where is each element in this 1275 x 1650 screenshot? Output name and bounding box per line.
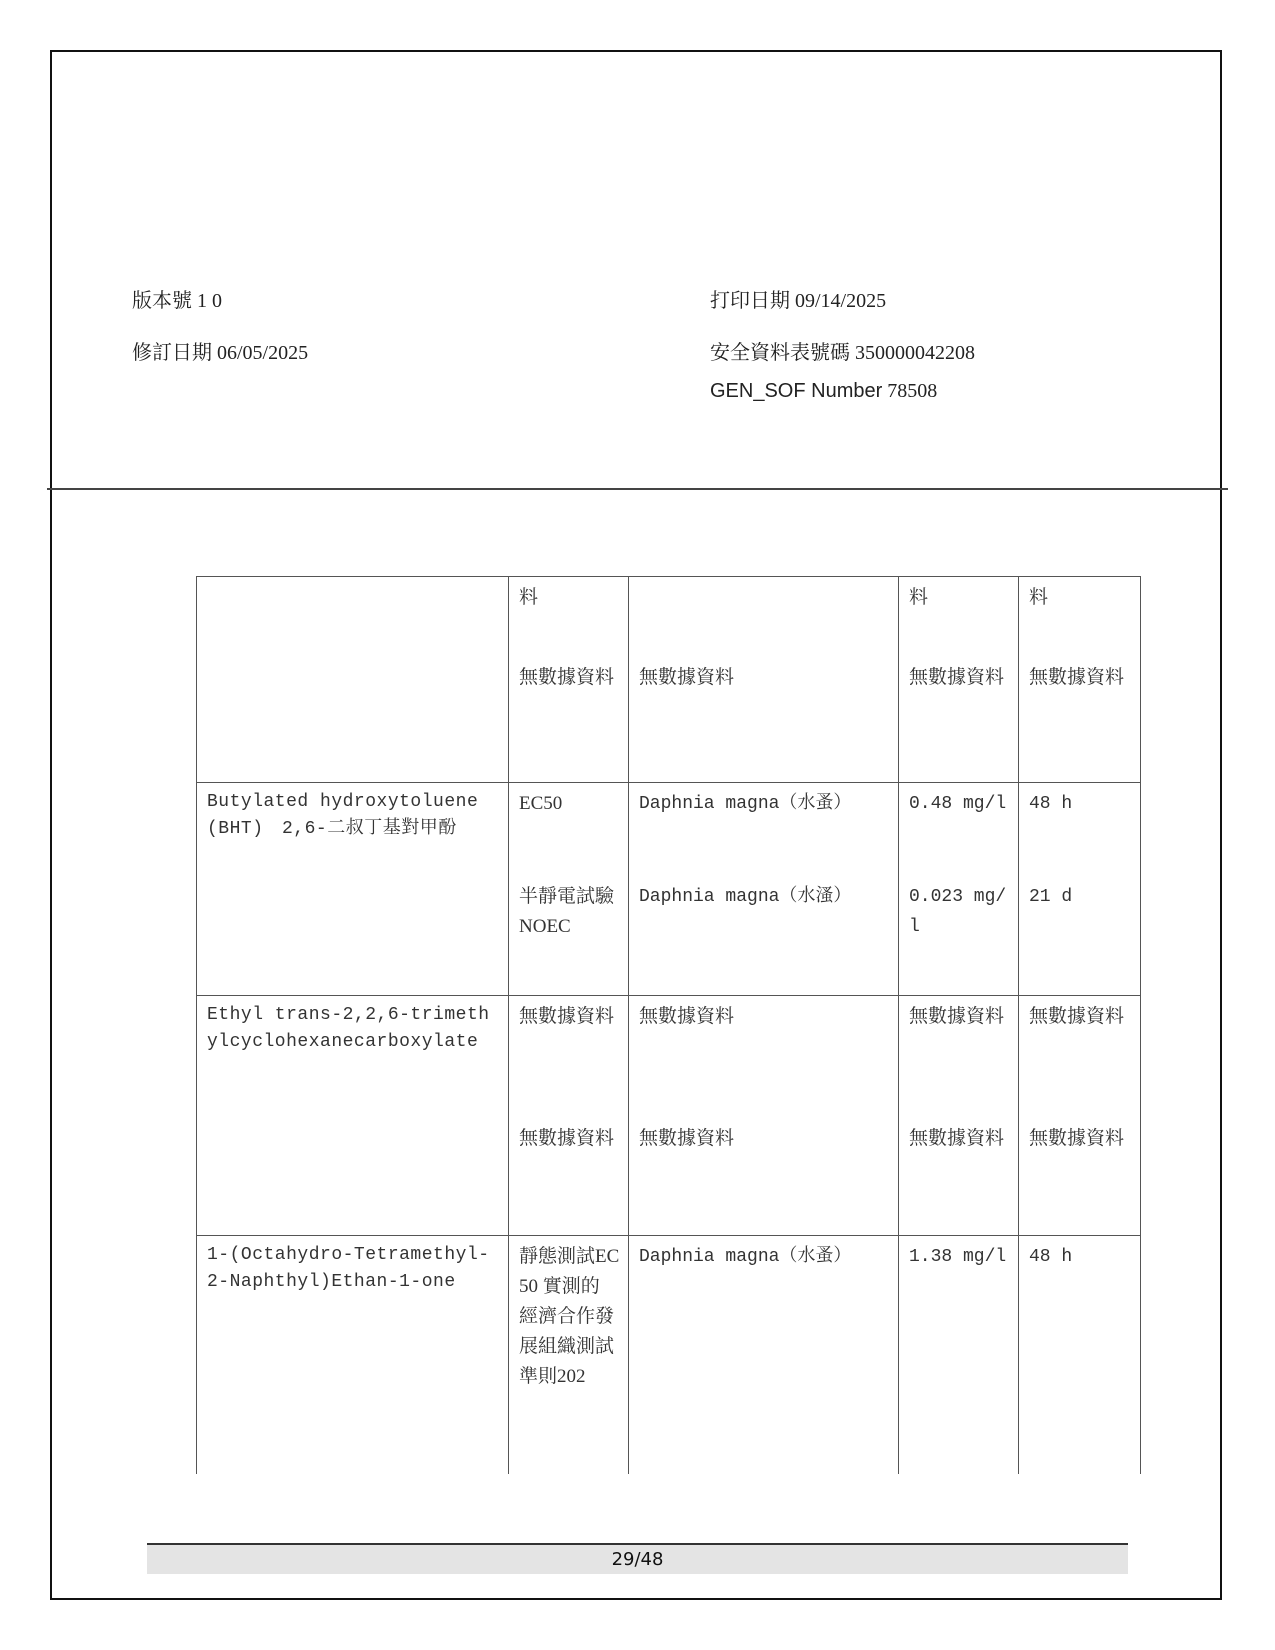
species: Daphnia magna（水溞） (629, 876, 898, 912)
value-cell: 料 無數據資料 (899, 577, 1019, 783)
duration: 48 h (1019, 783, 1140, 876)
gen-sof-label: GEN_SOF Number (710, 380, 882, 402)
species: 無數據資料 (629, 1118, 898, 1154)
test-type-cell: 無數據資料 無數據資料 (509, 996, 629, 1236)
value-cell: 1.38 mg/l (899, 1236, 1019, 1474)
value: 0.48 mg/l (899, 783, 1018, 876)
duration-cell: 48 h 21 d (1019, 783, 1141, 996)
duration: 無數據資料 (1019, 1118, 1140, 1154)
gen-sof-value: 78508 (887, 380, 937, 402)
revision-date: 修訂日期 06/05/2025 (132, 336, 308, 365)
value: 無數據資料 (899, 657, 1018, 693)
table-row: 料 無數據資料 無數據資料 料 無數據資料 料 無數據資料 (197, 577, 1141, 783)
duration: 料 (1019, 577, 1140, 657)
substance-cell: 1-(Octahydro-Tetramethyl-2-Naphthyl)Etha… (197, 1236, 509, 1474)
duration: 21 d (1019, 876, 1140, 912)
table-row: Butylated hydroxytoluene (BHT) 2,6-二叔丁基對… (197, 783, 1141, 996)
value: 無數據資料 (899, 996, 1018, 1118)
substance-cell: Ethyl trans-2,2,6-trimethylcyclohexaneca… (197, 996, 509, 1236)
test-type-cell: EC50 半靜電試驗 NOEC (509, 783, 629, 996)
substance-cell (197, 577, 509, 783)
duration-cell: 無數據資料 無數據資料 (1019, 996, 1141, 1236)
species-cell: Daphnia magna（水蚤） Daphnia magna（水溞） (629, 783, 899, 996)
species: 無數據資料 (629, 657, 898, 693)
species: 無數據資料 (629, 996, 898, 1118)
species-cell: Daphnia magna（水蚤） (629, 1236, 899, 1474)
page-footer: 29/48 (147, 1543, 1128, 1574)
test-type-cell: 料 無數據資料 (509, 577, 629, 783)
print-date: 打印日期 09/14/2025 (710, 284, 886, 313)
test-type: 無數據資料 (509, 657, 628, 693)
test-type: 半靜電試驗 NOEC (509, 876, 628, 942)
value: 料 (899, 577, 1018, 657)
species: Daphnia magna（水蚤） (629, 783, 898, 876)
duration: 無數據資料 (1019, 996, 1140, 1118)
version-number: 版本號 1 0 (132, 284, 222, 313)
sds-number: 安全資料表號碼 350000042208 (710, 336, 975, 365)
value: 1.38 mg/l (899, 1236, 1018, 1272)
species-cell: 無數據資料 (629, 577, 899, 783)
duration: 無數據資料 (1019, 657, 1140, 693)
value: 0.023 mg/l (899, 876, 1018, 942)
species: Daphnia magna（水蚤） (629, 1236, 898, 1272)
species (629, 577, 898, 657)
test-type-cell: 靜態測試EC50 實測的 經濟合作發展組織測試準則202 (509, 1236, 629, 1474)
value-cell: 0.48 mg/l 0.023 mg/l (899, 783, 1019, 996)
duration-cell: 料 無數據資料 (1019, 577, 1141, 783)
substance-cell: Butylated hydroxytoluene (BHT) 2,6-二叔丁基對… (197, 783, 509, 996)
page-number: 29/48 (612, 1549, 664, 1570)
duration-cell: 48 h (1019, 1236, 1141, 1474)
duration: 48 h (1019, 1236, 1140, 1272)
table-row: Ethyl trans-2,2,6-trimethylcyclohexaneca… (197, 996, 1141, 1236)
ecotoxicity-table: 料 無數據資料 無數據資料 料 無數據資料 料 無數據資料 Butylated … (196, 576, 1141, 1474)
test-type: 無數據資料 (509, 1118, 628, 1154)
test-type: EC50 (509, 783, 628, 876)
header-divider (47, 488, 1228, 490)
value: 無數據資料 (899, 1118, 1018, 1154)
species-cell: 無數據資料 無數據資料 (629, 996, 899, 1236)
value-cell: 無數據資料 無數據資料 (899, 996, 1019, 1236)
test-type: 無數據資料 (509, 996, 628, 1118)
table-row: 1-(Octahydro-Tetramethyl-2-Naphthyl)Etha… (197, 1236, 1141, 1474)
test-type: 靜態測試EC50 實測的 經濟合作發展組織測試準則202 (509, 1236, 628, 1392)
gen-sof-number: GEN_SOF Number 78508 (710, 380, 937, 403)
test-type: 料 (509, 577, 628, 657)
